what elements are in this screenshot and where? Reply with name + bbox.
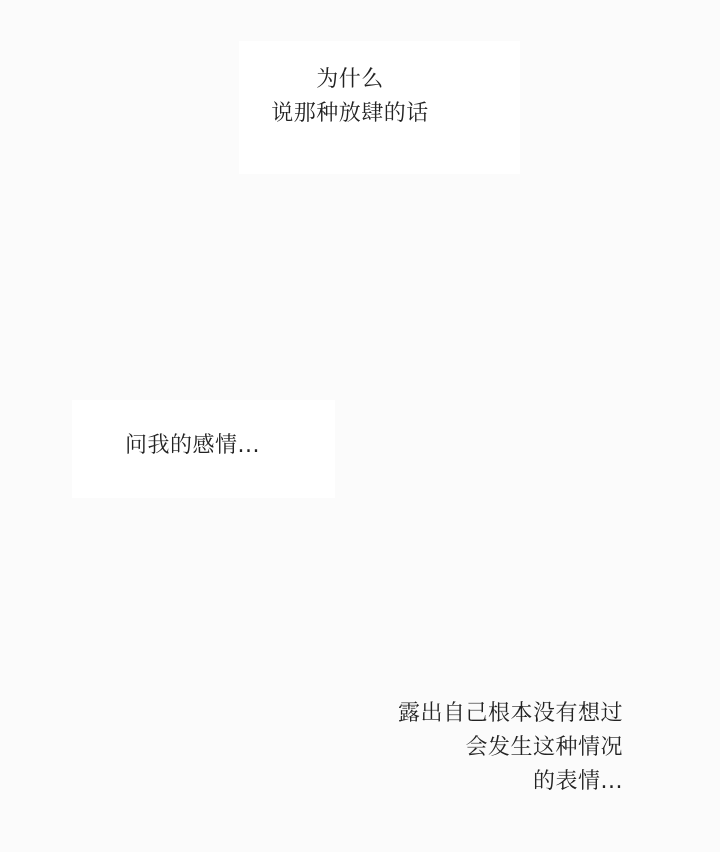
speech-line: 露出自己根本没有想过 bbox=[300, 697, 623, 731]
speech-line: 为什么 bbox=[210, 63, 490, 97]
speech-text-middle: 问我的感情... bbox=[125, 429, 260, 463]
speech-line: 的表情... bbox=[300, 765, 623, 799]
speech-line: 会发生这种情况 bbox=[300, 731, 623, 765]
speech-text-top: 为什么 说那种放肆的话 bbox=[210, 63, 490, 131]
speech-text-bottom: 露出自己根本没有想过 会发生这种情况 的表情... bbox=[300, 697, 623, 799]
speech-line: 说那种放肆的话 bbox=[210, 97, 490, 131]
comic-page: 为什么 说那种放肆的话 问我的感情... 露出自己根本没有想过 会发生这种情况 … bbox=[0, 0, 720, 852]
speech-line: 问我的感情... bbox=[125, 429, 260, 463]
